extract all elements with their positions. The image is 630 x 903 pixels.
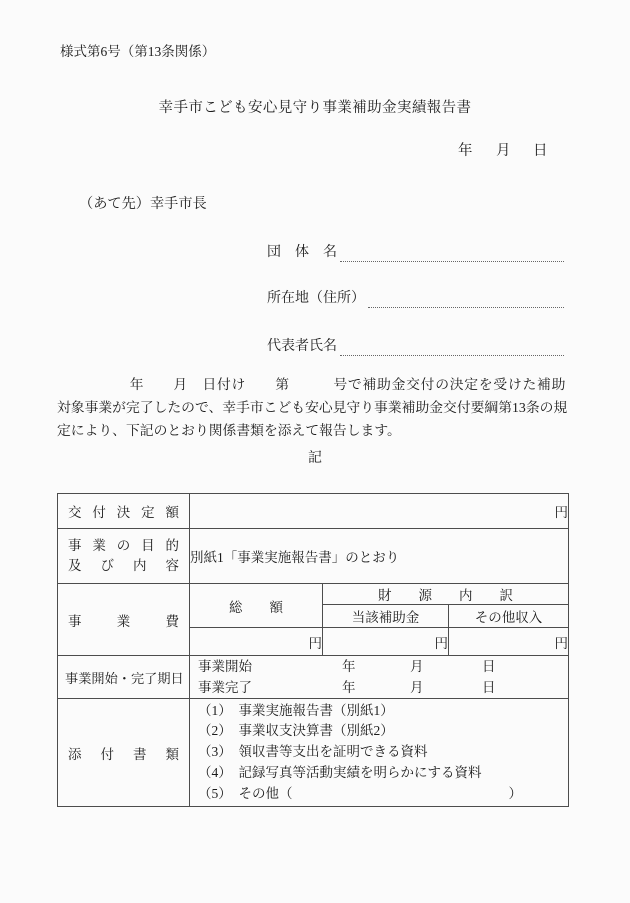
- date-year-label: 年: [458, 139, 473, 160]
- body-paragraph-line-1: 年 月 日付け 第 号で補助金交付の決定を受けた補助: [57, 373, 617, 396]
- period-value-cell: 事業開始 年 月 日 事業完了 年 月 日: [190, 656, 569, 699]
- document-page: 様式第6号（第13条関係） 幸手市こども安心見守り事業補助金実績報告書 年 月 …: [0, 0, 630, 903]
- field-address: 所在地（住所）: [267, 290, 564, 308]
- expense-total-amount-cell: 円: [190, 628, 323, 656]
- period-end-label: 事業完了: [198, 677, 252, 698]
- attachment-item-5: （5） その他（ ）: [190, 784, 568, 805]
- attachments-label-cell: 添付書類: [58, 699, 190, 807]
- grant-amount-label-cell: 交付決定額: [58, 494, 190, 529]
- addressee: （あて先）幸手市長: [79, 193, 207, 213]
- period-end-day-label: 日: [482, 677, 496, 698]
- attachments-value-cell: （1） 事業実施報告書（別紙1） （2） 事業収支決算書（別紙2） （3） 領収…: [190, 699, 569, 807]
- purpose-label-cell: 事業の目的 及び内容: [58, 529, 190, 584]
- attachments-label: 添付書類: [58, 743, 189, 763]
- body-paragraph-line-2: 対象事業が完了したので、幸手市こども安心見守り事業補助金交付要綱第13条の規: [57, 396, 617, 419]
- field-org-name: 団 体 名: [267, 244, 564, 262]
- period-start-row: 事業開始 年 月 日: [190, 656, 568, 677]
- expense-subsidy-amount-cell: 円: [323, 628, 449, 656]
- expense-label: 事業費: [58, 610, 189, 630]
- field-representative: 代表者氏名: [267, 338, 564, 356]
- date-day-label: 日: [533, 139, 548, 160]
- expense-subsidy-header-cell: 当該補助金: [323, 605, 449, 628]
- expense-breakdown-header: 財 源 内 訳: [378, 588, 513, 603]
- purpose-value: 別紙1「事業実施報告書」のとおり: [190, 550, 399, 565]
- grant-amount-value-cell: 円: [190, 494, 569, 529]
- period-start-month-label: 月: [410, 656, 424, 677]
- period-start-day-label: 日: [482, 656, 496, 677]
- period-label-cell: 事業開始・完了期日: [58, 656, 190, 699]
- field-address-blank-line: [368, 293, 564, 308]
- expense-other-amount-cell: 円: [449, 628, 569, 656]
- attachment-item-2: （2） 事業収支決算書（別紙2）: [190, 721, 568, 742]
- doc-title: 幸手市こども安心見守り事業補助金実績報告書: [0, 96, 630, 117]
- expense-label-cell: 事業費: [58, 584, 190, 656]
- period-start-label: 事業開始: [198, 656, 252, 677]
- form-number: 様式第6号（第13条関係）: [60, 40, 215, 60]
- body-paragraph-line-3: 定により、下記のとおり関係書類を添えて報告します。: [57, 419, 617, 442]
- attachment-item-1: （1） 事業実施報告書（別紙1）: [190, 701, 568, 722]
- expense-other-yen-unit: 円: [555, 636, 569, 651]
- expense-total-header-cell: 総 額: [190, 584, 323, 628]
- date-month-label: 月: [496, 139, 511, 160]
- grant-amount-yen-unit: 円: [555, 505, 569, 520]
- field-org-name-label: 団 体 名: [267, 244, 337, 262]
- record-mark: 記: [0, 447, 630, 467]
- period-end-month-label: 月: [410, 677, 424, 698]
- expense-subsidy-header: 当該補助金: [352, 610, 420, 625]
- expense-other-header: その他収入: [475, 610, 543, 625]
- expense-total-header: 総 額: [229, 600, 283, 615]
- expense-total-yen-unit: 円: [309, 636, 323, 651]
- period-start-year-label: 年: [342, 656, 356, 677]
- period-label: 事業開始・完了期日: [58, 668, 189, 687]
- purpose-label-line1: 事業の目的: [58, 536, 189, 556]
- grant-amount-label: 交付決定額: [58, 501, 189, 521]
- expense-subsidy-yen-unit: 円: [435, 636, 449, 651]
- field-org-name-blank-line: [340, 247, 564, 262]
- period-end-year-label: 年: [342, 677, 356, 698]
- field-address-label: 所在地（住所）: [267, 290, 365, 308]
- expense-breakdown-header-cell: 財 源 内 訳: [323, 584, 569, 605]
- expense-other-header-cell: その他収入: [449, 605, 569, 628]
- attachment-item-3: （3） 領収書等支出を証明できる資料: [190, 742, 568, 763]
- report-table: 交付決定額 円 事業の目的 及び内容 別紙1「事業実施報告書」のとおり 事業費 …: [57, 493, 569, 807]
- field-representative-blank-line: [340, 341, 564, 356]
- purpose-value-cell: 別紙1「事業実施報告書」のとおり: [190, 529, 569, 584]
- purpose-label-line2: 及び内容: [58, 556, 189, 576]
- field-representative-label: 代表者氏名: [267, 338, 337, 356]
- attachment-item-4: （4） 記録写真等活動実績を明らかにする資料: [190, 763, 568, 784]
- period-end-row: 事業完了 年 月 日: [190, 677, 568, 698]
